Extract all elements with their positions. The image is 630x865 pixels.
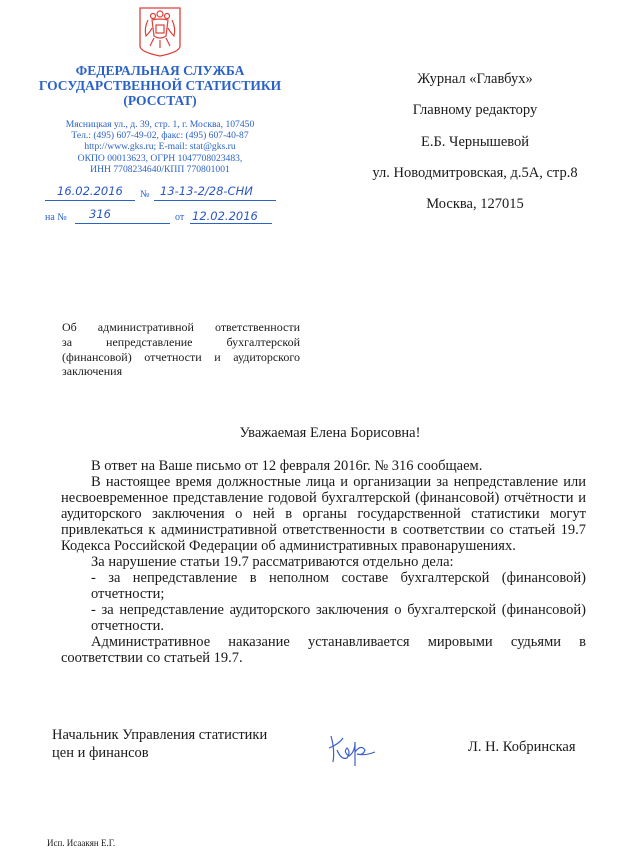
coat-of-arms-icon bbox=[138, 6, 182, 58]
outgoing-date-field: 16.02.2016 bbox=[45, 184, 135, 201]
signatory-position: Начальник Управления статистики цен и фи… bbox=[52, 726, 267, 762]
okpo-ogrn-line: ОКПО 00013623, ОГРН 1047708023483, bbox=[20, 153, 300, 164]
organization-name: ФЕДЕРАЛЬНАЯ СЛУЖБА ГОСУДАРСТВЕННОЙ СТАТИ… bbox=[20, 63, 300, 108]
subject-line: (финансовой) отчетности и аудиторского bbox=[62, 350, 300, 365]
addressee-organization: Журнал «Главбух» bbox=[330, 64, 620, 95]
outgoing-number-field: 13-13-2/28-СНИ bbox=[154, 184, 276, 201]
phone-line: Тел.: (495) 607-49-02, факс: (495) 607-4… bbox=[20, 130, 300, 141]
addressee-street: ул. Новодмитровская, д.5А, стр.8 bbox=[330, 158, 620, 189]
letter-body: В ответ на Ваше письмо от 12 февраля 201… bbox=[61, 458, 586, 666]
address-line: Мясницкая ул., д. 39, стр. 1, г. Москва,… bbox=[20, 119, 300, 130]
addressee-position: Главному редактору bbox=[330, 95, 620, 126]
subject-line: Об административной ответственности bbox=[62, 320, 300, 335]
addressee-city: Москва, 127015 bbox=[330, 189, 620, 220]
list-item: - за непредставление аудиторского заключ… bbox=[61, 602, 586, 634]
outgoing-number: 13-13-2/28-СНИ bbox=[160, 184, 253, 198]
reference-from-label: от bbox=[175, 212, 184, 223]
addressee-block: Журнал «Главбух» Главному редактору Е.Б.… bbox=[330, 64, 620, 220]
paragraph: В ответ на Ваше письмо от 12 февраля 201… bbox=[61, 458, 586, 474]
position-line: Начальник Управления статистики bbox=[52, 726, 267, 744]
web-email-line: http://www.gks.ru; E-mail: stat@gks.ru bbox=[20, 141, 300, 152]
handwritten-signature-icon bbox=[325, 730, 385, 770]
org-line: ГОСУДАРСТВЕННОЙ СТАТИСТИКИ bbox=[20, 78, 300, 93]
org-line: ФЕДЕРАЛЬНАЯ СЛУЖБА bbox=[20, 63, 300, 78]
subject-line: заключения bbox=[62, 364, 300, 379]
org-line: (РОССТАТ) bbox=[20, 93, 300, 108]
reference-number-field: 316 bbox=[75, 208, 170, 224]
paragraph: В настоящее время должностные лица и орг… bbox=[61, 474, 586, 554]
addressee-name: Е.Б. Чернышевой bbox=[330, 127, 620, 158]
inn-kpp-line: ИНН 7708234640/КПП 770801001 bbox=[20, 164, 300, 175]
reference-number-label: на № bbox=[45, 212, 67, 223]
list-item: - за непредставление в неполном составе … bbox=[61, 570, 586, 602]
signatory-name: Л. Н. Кобринская bbox=[468, 739, 576, 756]
paragraph: Административное наказание устанавливает… bbox=[61, 634, 586, 666]
subject-line: за непредставление бухгалтерской bbox=[62, 335, 300, 350]
reference-date-field: 12.02.2016 bbox=[190, 208, 272, 224]
reference-number: 316 bbox=[89, 207, 111, 221]
organization-requisites: Мясницкая ул., д. 39, стр. 1, г. Москва,… bbox=[20, 119, 300, 175]
position-line: цен и финансов bbox=[52, 744, 267, 762]
reference-date: 12.02.2016 bbox=[192, 209, 258, 223]
letter-subject: Об административной ответственности за н… bbox=[62, 320, 300, 379]
salutation: Уважаемая Елена Борисовна! bbox=[50, 425, 610, 442]
paragraph: За нарушение статьи 19.7 рассматриваются… bbox=[61, 554, 586, 570]
number-label: № bbox=[140, 189, 150, 200]
outgoing-date: 16.02.2016 bbox=[57, 184, 123, 198]
executor-note: Исп. Исаакян Е.Г. bbox=[47, 838, 115, 848]
